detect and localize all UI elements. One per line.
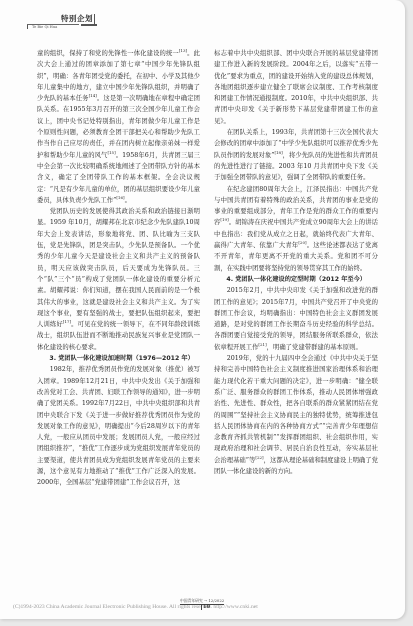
paragraph: 在纪念建团80周年大会上，江泽民指出：中国共产党与中国共青团有着特殊的政治关系，… xyxy=(214,184,378,274)
section-heading: 4. 党团队一体化建设的定型时期（2012 年至今） xyxy=(214,274,378,285)
header-accent-bar xyxy=(81,24,97,26)
text: 党团队历史的发展使得其政治关系和政治链接日渐明显。1959 年10月，胡耀邦在北… xyxy=(37,208,200,328)
citation: [15] xyxy=(107,150,115,155)
citation: [17] xyxy=(63,319,71,324)
section-heading: 3. 党团队一体化建设加速时期（1976—2012 年） xyxy=(37,353,200,364)
citation: [20] xyxy=(298,240,306,245)
running-header: 特别企划 Te Bie Qi Hua xyxy=(27,13,97,33)
paragraph: 在团队关系上，1993年，共青团第十三次全国代表大会修改的团章中添加了“中学少先… xyxy=(214,127,378,183)
citation: [18] xyxy=(274,150,282,155)
header-divider xyxy=(94,14,95,24)
paragraph: 1982年，推荐优秀团员作党的发展对象（推优）被写入团章。1989年12月21日… xyxy=(37,364,200,488)
right-column: 标志着中共中央组织部、团中央联合开展的基层党建带团建工作进入新的发展阶段。200… xyxy=(214,48,378,477)
paragraph: 童的组织，保持了和党的先锋性一体化建设的统一[13]。此次大会上通过的团章添加了… xyxy=(37,48,200,206)
text: 。 xyxy=(125,197,131,204)
paragraph: 2019年，党的十九届四中全会通过《中共中央关于坚持和完善中国特色社会主义制度推… xyxy=(214,353,378,477)
left-column: 童的组织，保持了和党的先锋性一体化建设的统一[13]。此次大会上通过的团章添加了… xyxy=(37,48,200,489)
document-page: 特别企划 Te Bie Qi Hua 童的组织，保持了和党的先锋性一体化建设的统… xyxy=(0,0,405,619)
text: 2019年，党的十九届四中全会通过《中共中央关于坚持和完善中国特色社会主义制度推… xyxy=(214,355,378,464)
section-pinyin: Te Bie Qi Hua xyxy=(27,25,57,29)
citation: [14] xyxy=(89,93,97,98)
page-number: 10 xyxy=(201,604,210,610)
text: 童的组织，保持了和党的先锋性一体化建设的统一 xyxy=(37,50,179,57)
citation: [13] xyxy=(179,48,187,53)
citation: [21] xyxy=(258,342,266,347)
text: 2015年2月，中共中央印发《关于加强和改进党的群团工作的意见》；2015年7月… xyxy=(214,287,378,350)
text: 。这是第一次明确地在章程中确定团队关系。在1955年3月召开的第三次全国少年儿童… xyxy=(37,95,200,158)
section-title: 特别企划 xyxy=(61,13,93,24)
citation: [19] xyxy=(220,217,228,222)
paragraph: 党团队历史的发展使得其政治关系和政治链接日渐明显。1959 年10月，胡耀邦在北… xyxy=(37,206,200,353)
paragraph: 2015年2月，中共中央印发《关于加强和改进党的群团工作的意见》；2015年7月… xyxy=(214,285,378,353)
text: ，明确了党建带群建的基本原则。 xyxy=(267,344,362,351)
citation: [16] xyxy=(116,195,124,200)
citation: [22] xyxy=(255,455,263,460)
paragraph: 标志着中共中央组织部、团中央联合开展的基层党建带团建工作进入新的发展阶段。200… xyxy=(214,48,378,127)
